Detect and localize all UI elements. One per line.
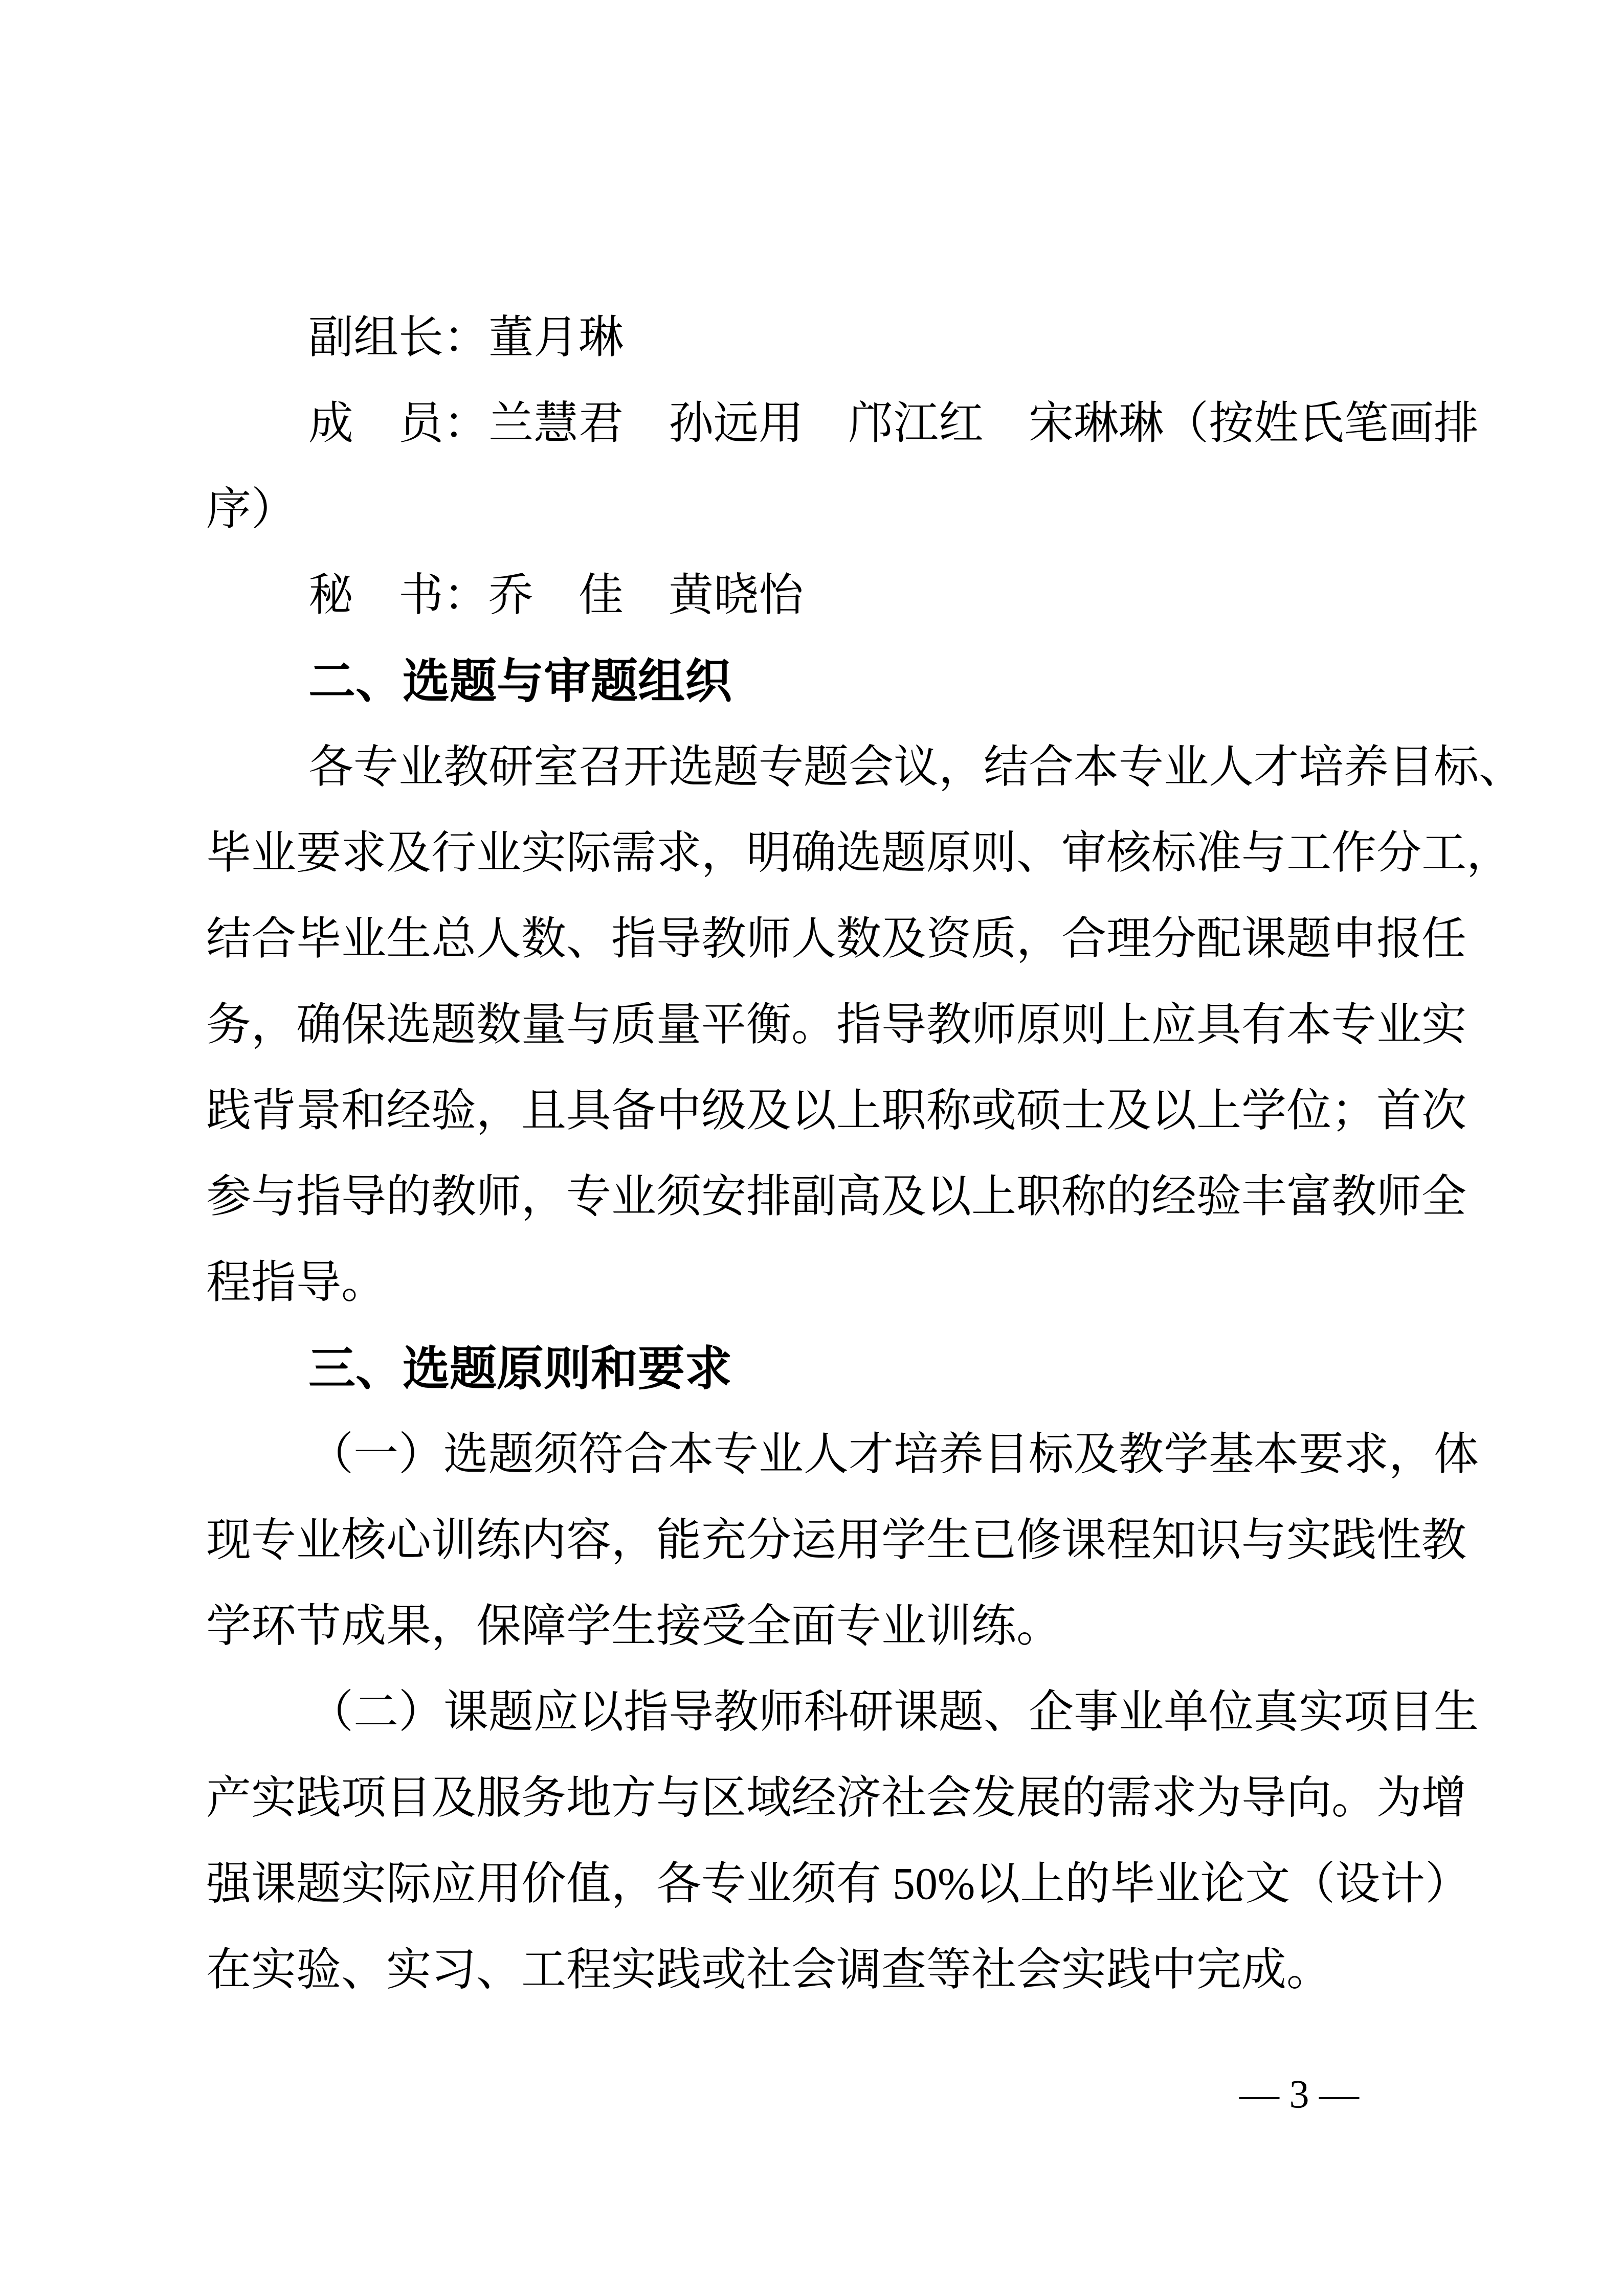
- paragraph-line: 参与指导的教师，专业须安排副高及以上职称的经验丰富教师全: [206, 1154, 1470, 1240]
- section-3-heading: 三、选题原则和要求: [206, 1326, 1470, 1412]
- item-1-line: （一）选题须符合本专业人才培养目标及教学基本要求，体: [206, 1412, 1470, 1498]
- paragraph-line: 结合毕业生总人数、指导教师人数及资质，合理分配课题申报任: [206, 896, 1470, 982]
- item-1-line-wrap: 现专业核心训练内容，能充分运用学生已修课程知识与实践性教: [206, 1498, 1470, 1584]
- section-2-heading: 二、选题与审题组织: [206, 639, 1470, 725]
- members-line: 成 员：兰慧君 孙远用 邝江红 宋琳琳（按姓氏笔画排: [206, 381, 1470, 467]
- document-page: 副组长：董月琳 成 员：兰慧君 孙远用 邝江红 宋琳琳（按姓氏笔画排 序） 秘 …: [0, 0, 1624, 2296]
- paragraph-line: 践背景和经验，且具备中级及以上职称或硕士及以上学位；首次: [206, 1068, 1470, 1154]
- deputy-leader-line: 副组长：董月琳: [206, 295, 1470, 381]
- item-2-line: （二）课题应以指导教师科研课题、企事业单位真实项目生: [206, 1670, 1470, 1755]
- paragraph-line: 毕业要求及行业实际需求，明确选题原则、审核标准与工作分工，: [206, 811, 1470, 896]
- item-2-line-wrap: 在实验、实习、工程实践或社会调查等社会实践中完成。: [206, 1927, 1470, 2013]
- item-2-line-wrap: 强课题实际应用价值，各专业须有 50%以上的毕业论文（设计）: [206, 1841, 1470, 1927]
- secretary-line: 秘 书：乔 佳 黄晓怡: [206, 553, 1470, 639]
- page-number: — 3 —: [1207, 2063, 1391, 2125]
- members-line-wrap: 序）: [206, 467, 1470, 553]
- paragraph-line: 务，确保选题数量与质量平衡。指导教师原则上应具有本专业实: [206, 982, 1470, 1068]
- item-1-line-wrap: 学环节成果，保障学生接受全面专业训练。: [206, 1584, 1470, 1670]
- paragraph-line: 程指导。: [206, 1240, 1470, 1326]
- paragraph-line: 各专业教研室召开选题专题会议，结合本专业人才培养目标、: [206, 725, 1470, 811]
- item-2-line-wrap: 产实践项目及服务地方与区域经济社会发展的需求为导向。为增: [206, 1755, 1470, 1841]
- document-body: 副组长：董月琳 成 员：兰慧君 孙远用 邝江红 宋琳琳（按姓氏笔画排 序） 秘 …: [206, 295, 1470, 2013]
